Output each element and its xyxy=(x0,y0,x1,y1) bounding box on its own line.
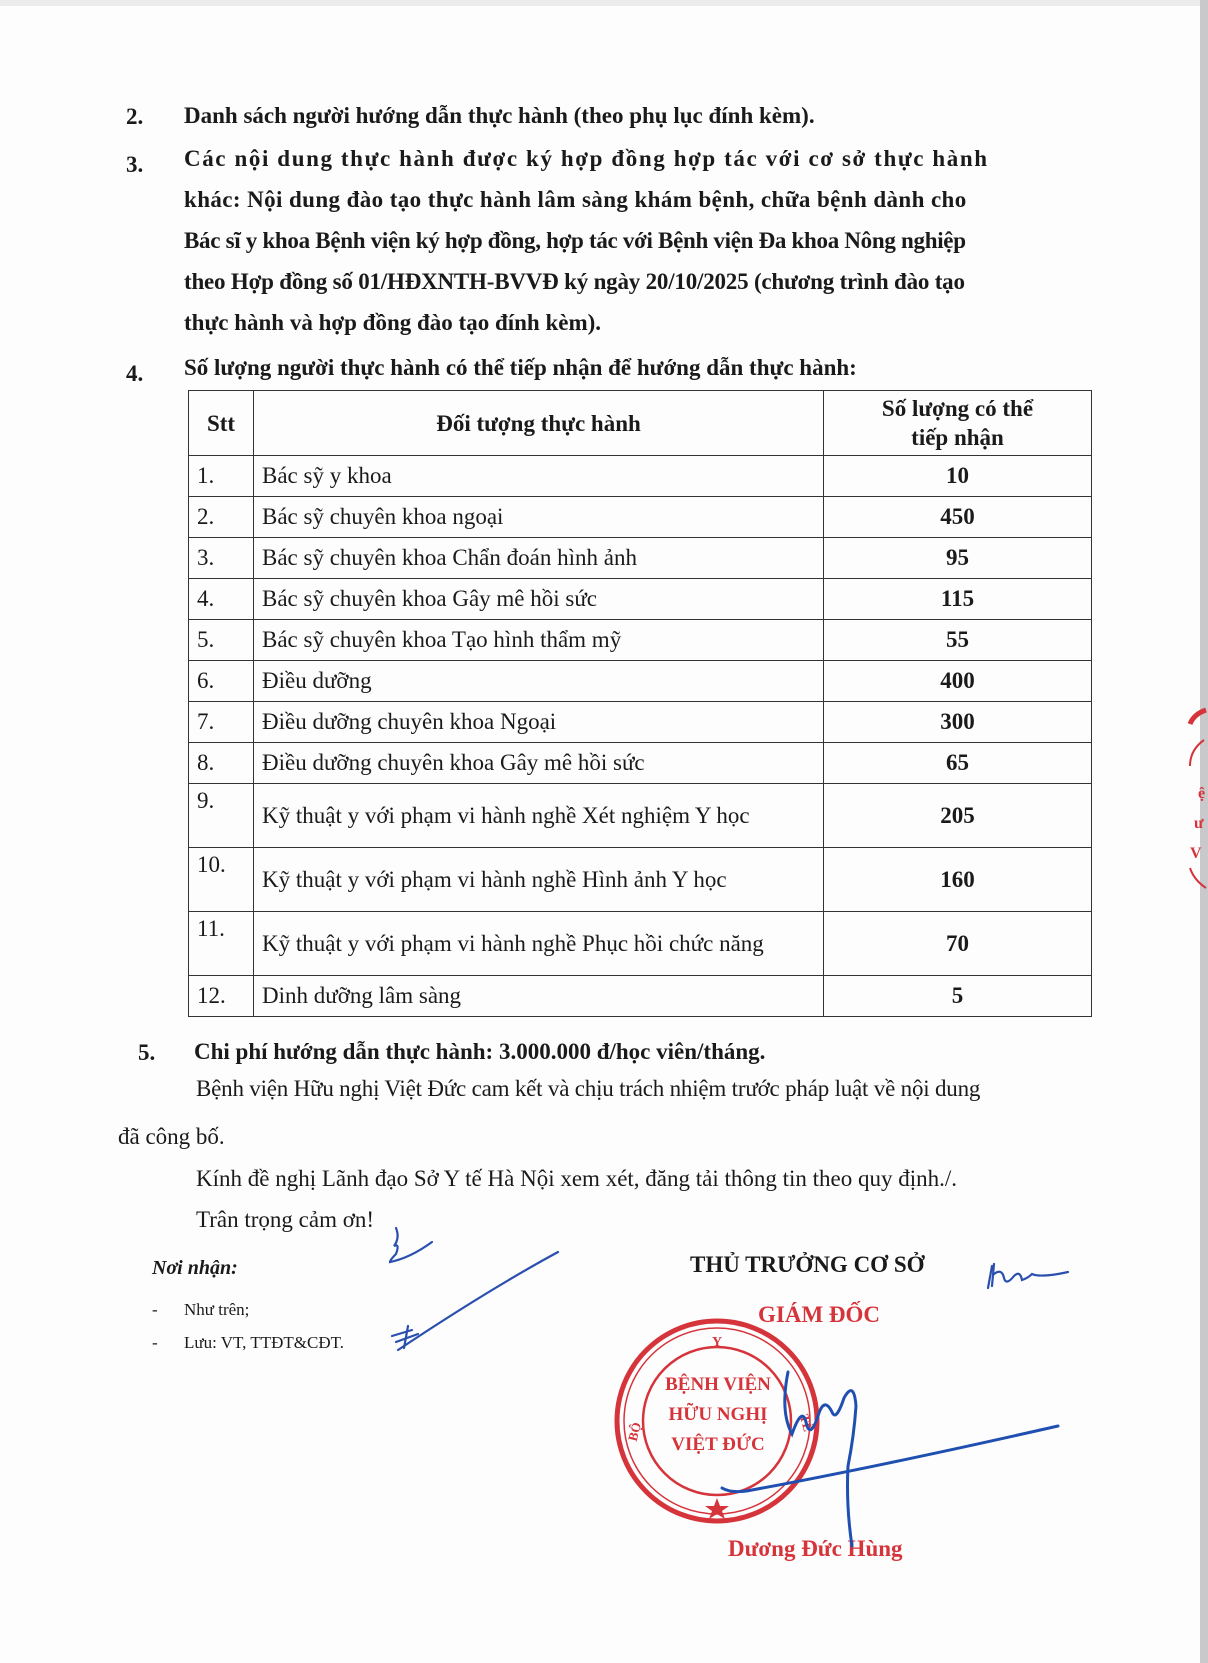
header-subject: Đối tượng thực hành xyxy=(254,391,824,456)
item-4-text: Số lượng người thực hành có thể tiếp nhậ… xyxy=(184,354,857,382)
item-2-number: 2. xyxy=(126,104,143,130)
table-header-row: Stt Đối tượng thực hành Số lượng có thể … xyxy=(189,391,1092,456)
row-subject: Bác sỹ chuyên khoa ngoại xyxy=(254,497,824,538)
row-quantity: 70 xyxy=(824,912,1092,976)
recipients-title: Nơi nhận: xyxy=(152,1257,238,1280)
svg-text:ư: ư xyxy=(1194,815,1204,832)
row-stt: 10. xyxy=(189,848,254,912)
row-subject: Bác sỹ chuyên khoa Tạo hình thẩm mỹ xyxy=(254,620,824,661)
row-stt: 1. xyxy=(189,456,254,497)
seal-line: HỮU NGHỊ xyxy=(628,1404,808,1426)
row-quantity: 65 xyxy=(824,743,1092,784)
signer-title: THỦ TRƯỞNG CƠ SỞ xyxy=(690,1252,925,1278)
row-stt: 6. xyxy=(189,661,254,702)
item-5-text: Chi phí hướng dẫn thực hành: 3.000.000 đ… xyxy=(194,1038,765,1066)
row-quantity: 115 xyxy=(824,579,1092,620)
thanks-line: Trân trọng cảm ơn! xyxy=(196,1207,374,1233)
row-quantity: 5 xyxy=(824,976,1092,1017)
row-subject: Bác sỹ y khoa xyxy=(254,456,824,497)
table-row: 4.Bác sỹ chuyên khoa Gây mê hồi sức115 xyxy=(189,579,1092,620)
table-row: 7.Điều dưỡng chuyên khoa Ngoại300 xyxy=(189,702,1092,743)
row-subject: Dinh dưỡng lâm sàng xyxy=(254,976,824,1017)
table-row: 12.Dinh dưỡng lâm sàng5 xyxy=(189,976,1092,1017)
item-4-number: 4. xyxy=(126,361,143,387)
row-quantity: 55 xyxy=(824,620,1092,661)
row-quantity: 450 xyxy=(824,497,1092,538)
row-quantity: 95 xyxy=(824,538,1092,579)
row-stt: 9. xyxy=(189,784,254,848)
recipient-item: -Như trên; xyxy=(152,1300,249,1320)
commitment-line-1: Bệnh viện Hữu nghị Việt Đức cam kết và c… xyxy=(196,1076,980,1102)
row-stt: 4. xyxy=(189,579,254,620)
document-page: 2. Danh sách người hướng dẫn thực hành (… xyxy=(0,0,1208,1663)
row-quantity: 300 xyxy=(824,702,1092,743)
scan-top-edge xyxy=(0,0,1208,6)
item-3-paragraph: Các nội dung thực hành được ký hợp đồng … xyxy=(184,138,1092,343)
row-stt: 8. xyxy=(189,743,254,784)
table-row: 3.Bác sỹ chuyên khoa Chẩn đoán hình ảnh9… xyxy=(189,538,1092,579)
header-stt: Stt xyxy=(189,391,254,456)
recipient-text: Như trên; xyxy=(184,1300,249,1319)
table-row: 8.Điều dưỡng chuyên khoa Gây mê hồi sức6… xyxy=(189,743,1092,784)
row-subject: Kỹ thuật y với phạm vi hành nghề Phục hồ… xyxy=(254,912,824,976)
row-subject: Kỹ thuật y với phạm vi hành nghề Hình ản… xyxy=(254,848,824,912)
partial-seal-icon: ệ ư V xyxy=(1176,690,1208,890)
item-3-line: Các nội dung thực hành được ký hợp đồng … xyxy=(184,138,1092,179)
row-stt: 5. xyxy=(189,620,254,661)
bullet-dash: - xyxy=(152,1333,184,1353)
bullet-dash: - xyxy=(152,1300,184,1320)
table-row: 9.Kỹ thuật y với phạm vi hành nghề Xét n… xyxy=(189,784,1092,848)
row-quantity: 10 xyxy=(824,456,1092,497)
item-3-line: Bác sĩ y khoa Bệnh viện ký hợp đồng, hợp… xyxy=(184,220,1092,261)
seal-line: VIỆT ĐỨC xyxy=(628,1434,808,1456)
row-quantity: 205 xyxy=(824,784,1092,848)
commitment-line-2: đã công bố. xyxy=(118,1124,225,1150)
recipient-text: Lưu: VT, TTĐT&CĐT. xyxy=(184,1333,344,1352)
item-3-line: khác: Nội dung đào tạo thực hành lâm sàn… xyxy=(184,179,1092,220)
item-2-text: Danh sách người hướng dẫn thực hành (the… xyxy=(184,102,815,130)
row-subject: Bác sỹ chuyên khoa Chẩn đoán hình ảnh xyxy=(254,538,824,579)
request-line: Kính đề nghị Lãnh đạo Sở Y tế Hà Nội xem… xyxy=(196,1166,957,1192)
table-row: 10.Kỹ thuật y với phạm vi hành nghề Hình… xyxy=(189,848,1092,912)
signer-name: Dương Đức Hùng xyxy=(728,1536,903,1562)
table-row: 6.Điều dưỡng400 xyxy=(189,661,1092,702)
row-stt: 11. xyxy=(189,912,254,976)
row-subject: Điều dưỡng xyxy=(254,661,824,702)
table-row: 5.Bác sỹ chuyên khoa Tạo hình thẩm mỹ55 xyxy=(189,620,1092,661)
row-stt: 12. xyxy=(189,976,254,1017)
row-subject: Điều dưỡng chuyên khoa Gây mê hồi sức xyxy=(254,743,824,784)
svg-text:V: V xyxy=(1190,845,1202,862)
row-subject: Bác sỹ chuyên khoa Gây mê hồi sức xyxy=(254,579,824,620)
recipient-item: -Lưu: VT, TTĐT&CĐT. xyxy=(152,1333,344,1353)
item-5-number: 5. xyxy=(138,1040,155,1066)
row-stt: 2. xyxy=(189,497,254,538)
row-subject: Kỹ thuật y với phạm vi hành nghề Xét ngh… xyxy=(254,784,824,848)
header-quantity-line1: Số lượng có thể xyxy=(882,396,1033,421)
row-stt: 3. xyxy=(189,538,254,579)
item-3-line: thực hành và hợp đồng đào tạo đính kèm). xyxy=(184,302,1092,343)
row-stt: 7. xyxy=(189,702,254,743)
item-3-number: 3. xyxy=(126,152,143,178)
table-row: 1.Bác sỹ y khoa10 xyxy=(189,456,1092,497)
row-subject: Điều dưỡng chuyên khoa Ngoại xyxy=(254,702,824,743)
table-row: 11.Kỹ thuật y với phạm vi hành nghề Phục… xyxy=(189,912,1092,976)
item-3-line: theo Hợp đồng số 01/HĐXNTH-BVVĐ ký ngày … xyxy=(184,261,1092,302)
row-quantity: 160 xyxy=(824,848,1092,912)
table-row: 2.Bác sỹ chuyên khoa ngoại450 xyxy=(189,497,1092,538)
seal-line: BỆNH VIỆN xyxy=(628,1374,808,1396)
header-quantity-line2: tiếp nhận xyxy=(911,425,1004,450)
header-quantity: Số lượng có thể tiếp nhận xyxy=(824,391,1092,456)
svg-text:Y: Y xyxy=(712,1335,722,1350)
row-quantity: 400 xyxy=(824,661,1092,702)
svg-text:ệ: ệ xyxy=(1198,785,1205,802)
practice-capacity-table: Stt Đối tượng thực hành Số lượng có thể … xyxy=(188,390,1092,1017)
